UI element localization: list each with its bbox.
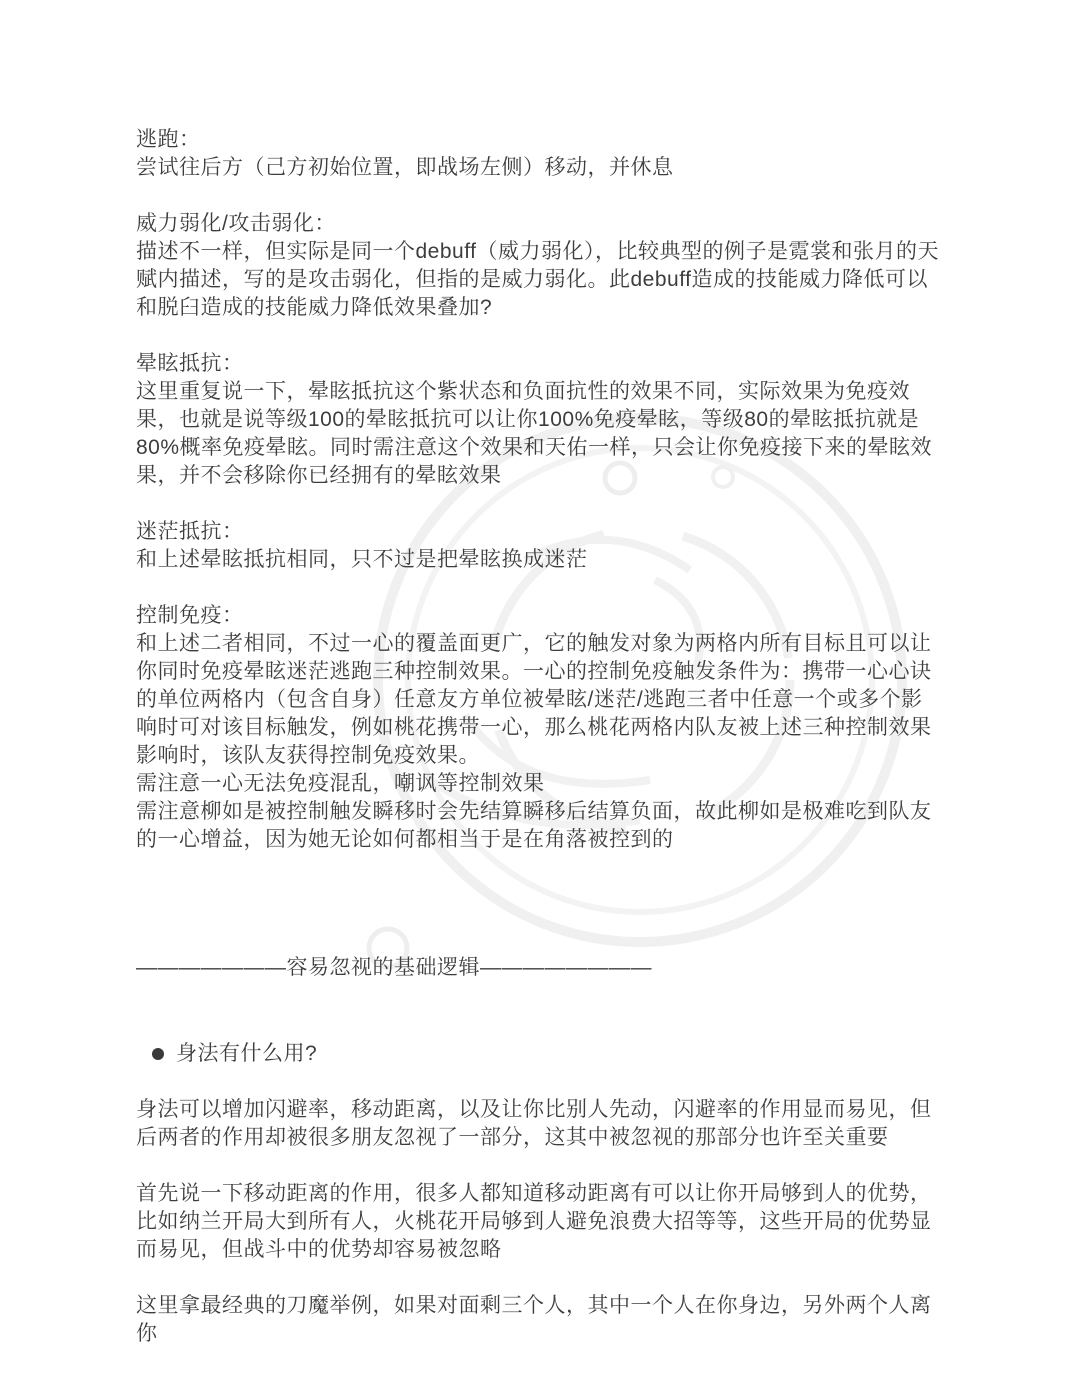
section-paragraph: 描述不一样，但实际是同一个debuff（威力弱化），比较典型的例子是霓裳和张月的…	[136, 238, 944, 322]
document-page: 逃跑： 尝试往后方（己方初始位置，即战场左侧）移动，并休息 威力弱化/攻击弱化：…	[0, 0, 1080, 1348]
section-control-immunity: 控制免疫： 和上述二者相同，不过一心的覆盖面更广，它的触发对象为两格内所有目标且…	[136, 602, 944, 854]
body-paragraph: 身法可以增加闪避率，移动距离，以及让你比别人先动，闪避率的作用显而易见，但后两者…	[136, 1096, 944, 1152]
section-paragraph: 和上述二者相同，不过一心的覆盖面更广，它的触发对象为两格内所有目标且可以让你同时…	[136, 630, 944, 770]
section-escape: 逃跑： 尝试往后方（己方初始位置，即战场左侧）移动，并休息	[136, 126, 944, 182]
section-daze-resist: 迷茫抵抗： 和上述晕眩抵抗相同，只不过是把晕眩换成迷茫	[136, 518, 944, 574]
section-heading: 威力弱化/攻击弱化：	[136, 210, 944, 238]
section-paragraph: 这里重复说一下，晕眩抵抗这个紫状态和负面抗性的效果不同，实际效果为免疫效果，也就…	[136, 378, 944, 490]
divider-dashes-right: ————————	[480, 956, 652, 979]
section-heading: 迷茫抵抗：	[136, 518, 944, 546]
divider-label: 容易忽视的基础逻辑	[287, 956, 481, 979]
section-stun-resist: 晕眩抵抗： 这里重复说一下，晕眩抵抗这个紫状态和负面抗性的效果不同，实际效果为免…	[136, 350, 944, 490]
bullet-icon	[152, 1048, 164, 1060]
section-paragraph: 需注意一心无法免疫混乱，嘲讽等控制效果	[136, 770, 944, 798]
section-heading: 逃跑：	[136, 126, 944, 154]
divider-dashes-left: ———————	[136, 956, 287, 979]
section-power-weaken: 威力弱化/攻击弱化： 描述不一样，但实际是同一个debuff（威力弱化），比较典…	[136, 210, 944, 322]
list-item: 身法有什么用?	[136, 1040, 944, 1068]
section-heading: 控制免疫：	[136, 602, 944, 630]
section-divider: ———————容易忽视的基础逻辑————————	[136, 954, 944, 982]
section-paragraph: 需注意柳如是被控制触发瞬移时会先结算瞬移后结算负面，故此柳如是极难吃到队友的一心…	[136, 798, 944, 854]
section-paragraph: 尝试往后方（己方初始位置，即战场左侧）移动，并休息	[136, 154, 944, 182]
body-paragraph: 这里拿最经典的刀魔举例，如果对面剩三个人，其中一个人在你身边，另外两个人离你	[136, 1292, 944, 1348]
section-heading: 晕眩抵抗：	[136, 350, 944, 378]
list-item-label: 身法有什么用?	[176, 1040, 317, 1068]
section-paragraph: 和上述晕眩抵抗相同，只不过是把晕眩换成迷茫	[136, 546, 944, 574]
body-paragraph: 首先说一下移动距离的作用，很多人都知道移动距离有可以让你开局够到人的优势，比如纳…	[136, 1180, 944, 1264]
